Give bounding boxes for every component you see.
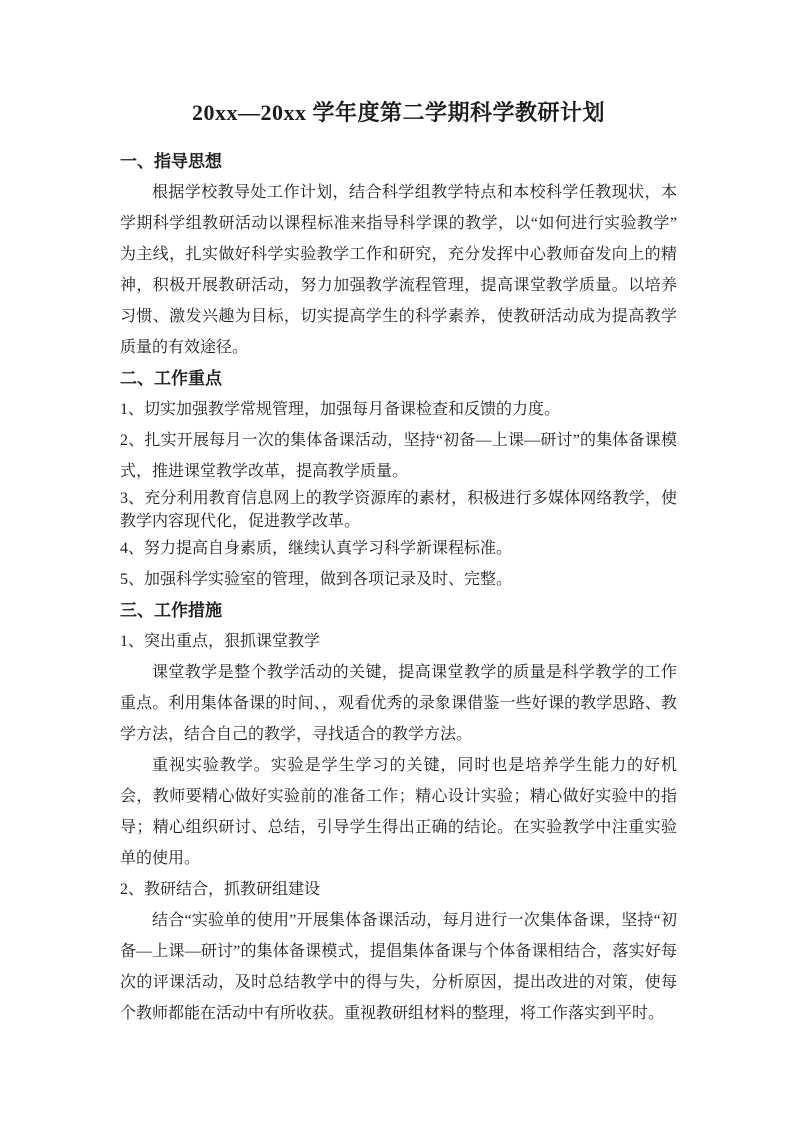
paragraph: 2、教研结合，抓教研组建设 [120, 874, 677, 905]
paragraph: 课堂教学是整个教学活动的关键，提高课堂教学的质量是科学教学的工作重点。利用集体备… [120, 657, 677, 750]
paragraph: 重视实验教学。实验是学生学习的关键，同时也是培养学生能力的好机会，教师要精心做好… [120, 750, 677, 874]
section-3: 三、工作措施1、突出重点，狠抓课堂教学课堂教学是整个教学活动的关键，提高课堂教学… [120, 595, 677, 1029]
section-heading: 二、工作重点 [120, 363, 677, 394]
section-1: 一、指导思想根据学校教导处工作计划，结合科学组教学特点和本校科学任教现状，本学期… [120, 146, 677, 363]
section-heading: 三、工作措施 [120, 595, 677, 626]
paragraph: 结合“实验单的使用”开展集体备课活动，每月进行一次集体备课，坚持“初备—上课—研… [120, 905, 677, 1029]
paragraph: 根据学校教导处工作计划，结合科学组教学特点和本校科学任教现状，本学期科学组教研活… [120, 177, 677, 363]
paragraph: 5、加强科学实验室的管理，做到各项记录及时、完整。 [120, 564, 677, 595]
paragraph: 3、充分利用教育信息网上的教学资源库的素材，积极进行多媒体网络教学，使教学内容现… [120, 487, 677, 533]
document-body: 一、指导思想根据学校教导处工作计划，结合科学组教学特点和本校科学任教现状，本学期… [120, 146, 677, 1029]
document-page: 20xx—20xx 学年度第二学期科学教研计划 一、指导思想根据学校教导处工作计… [0, 0, 793, 1122]
paragraph: 2、扎实开展每月一次的集体备课活动，坚持“初备—上课—研讨”的集体备课模式，推进… [120, 425, 677, 487]
paragraph: 1、切实加强教学常规管理，加强每月备课检查和反馈的力度。 [120, 394, 677, 425]
section-2: 二、工作重点1、切实加强教学常规管理，加强每月备课检查和反馈的力度。2、扎实开展… [120, 363, 677, 595]
document-title: 20xx—20xx 学年度第二学期科学教研计划 [120, 98, 677, 128]
section-heading: 一、指导思想 [120, 146, 677, 177]
paragraph: 1、突出重点，狠抓课堂教学 [120, 626, 677, 657]
paragraph: 4、努力提高自身素质，继续认真学习科学新课程标准。 [120, 533, 677, 564]
